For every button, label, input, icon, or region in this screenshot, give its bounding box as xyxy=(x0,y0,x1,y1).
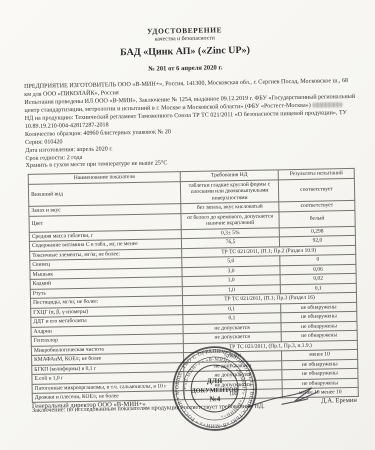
doc-number-date: № 201 от 6 апреля 2020 г. xyxy=(0,62,373,77)
redaction-smudge xyxy=(312,102,342,108)
row-req: таблетки гладкие круглой формы с плоским… xyxy=(180,180,278,204)
document-header: УДОСТОВЕРЕНИЕ качества и безопасности БА… xyxy=(0,23,373,77)
stamp-center-line2: ДОКУМЕНТОВ xyxy=(191,387,238,395)
scanned-certificate-page: УДОСТОВЕРЕНИЕ качества и безопасности БА… xyxy=(0,0,375,450)
round-stamp: ОБЩЕСТВО С ОГРАНИЧЕННОЙ ОТВЕТСТВЕННОСТЬЮ… xyxy=(169,343,261,435)
row-req: от белого до кремового, допускается нали… xyxy=(181,212,279,230)
document-content: УДОСТОВЕРЕНИЕ качества и безопасности БА… xyxy=(0,0,375,450)
row-res: белый xyxy=(279,210,355,227)
row-res: соответствует xyxy=(278,178,354,202)
stamp-center-line3: №4 xyxy=(208,395,220,403)
product-name: БАД «Цинк АП» («Zinc UP») xyxy=(0,43,373,62)
document-info-block: ПРЕДПРИЯТИЕ ИЗГОТОВИТЕЛЬ ООО «В-МИН+», Р… xyxy=(24,78,357,171)
stamp-center-line1: ДЛЯ xyxy=(207,377,223,385)
row-name: Внешний вид xyxy=(28,181,180,206)
